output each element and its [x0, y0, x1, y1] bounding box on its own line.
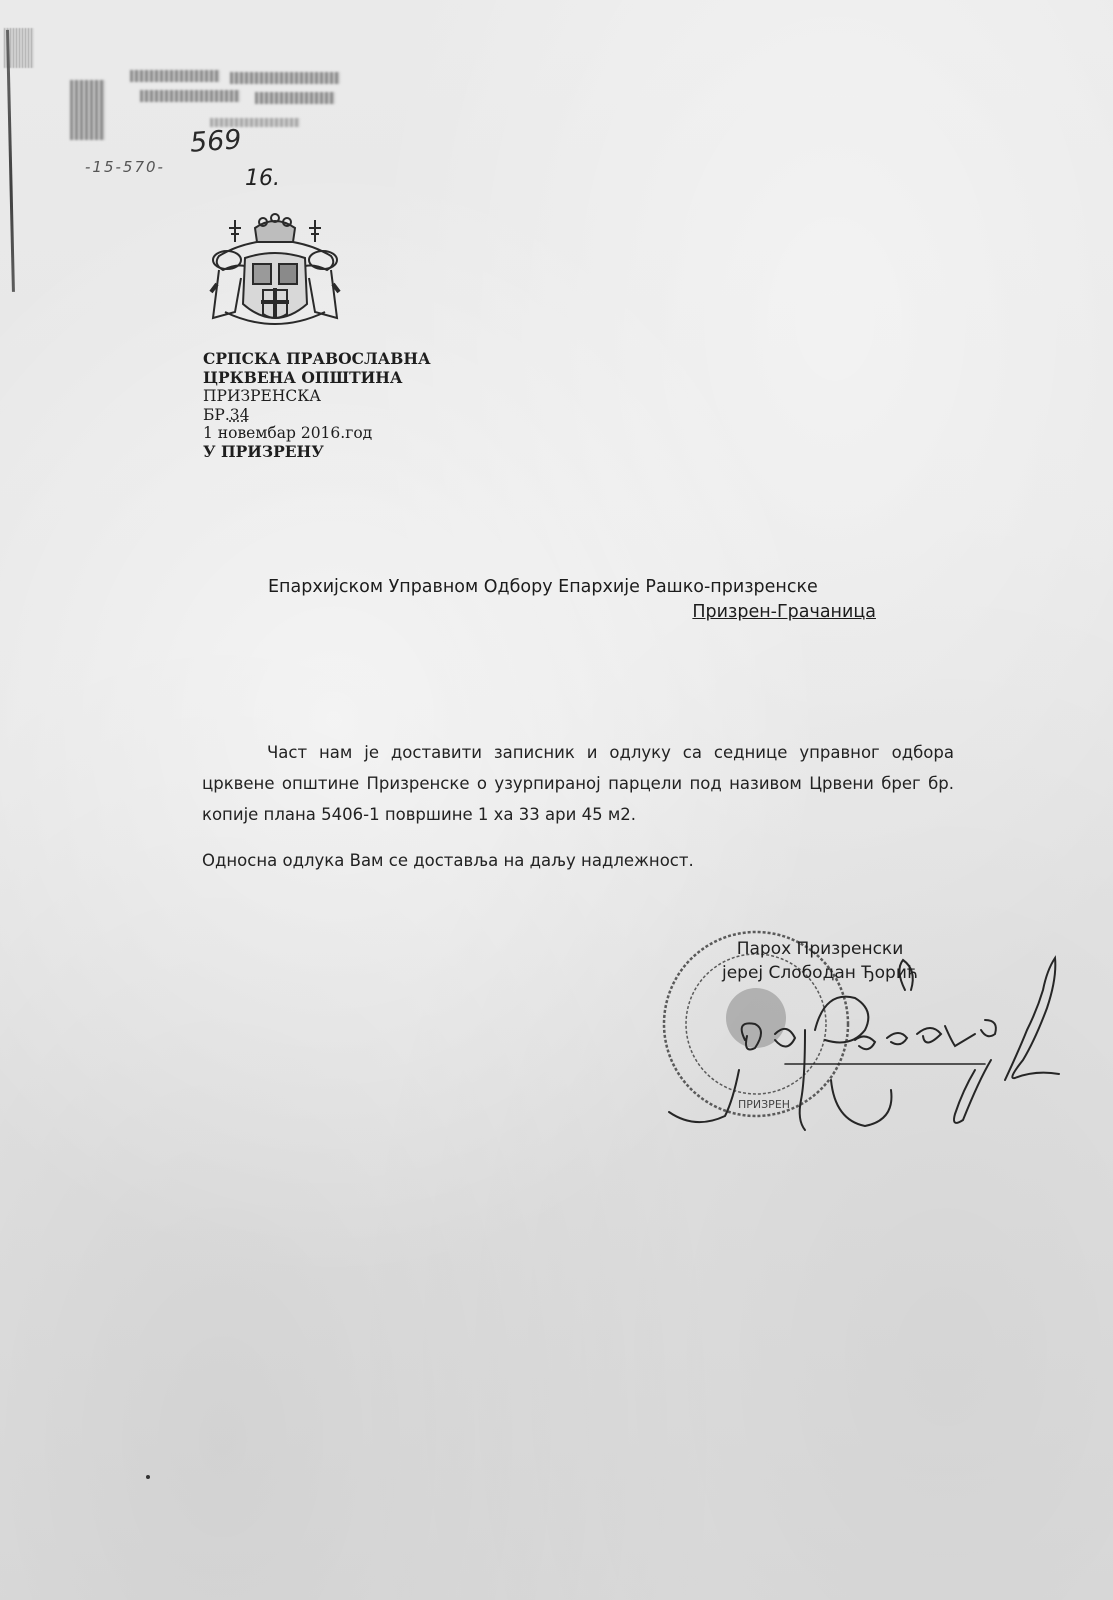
signature-block: Парох Призренски јереј Слободан Ђорић	[722, 937, 918, 985]
registry-day: 16.	[245, 166, 280, 191]
sender-line-2: ЦРКВЕНА ОПШТИНА	[203, 369, 431, 388]
document-date: 1 новембар 2016.год	[203, 424, 431, 443]
addressee-block: Епархијском Управном Одбору Епархије Раш…	[268, 577, 878, 622]
sender-block: СРПСКА ПРАВОСЛАВНА ЦРКВЕНА ОПШТИНА ПРИЗР…	[203, 350, 431, 461]
document-number: БР.34	[203, 406, 431, 425]
body-paragraph-1: Част нам је доставити записник и одлуку …	[202, 737, 954, 830]
registry-number: 569	[189, 124, 243, 159]
signer-title: Парох Призренски	[722, 937, 918, 961]
addressee-line-2: Призрен-Грачаница	[268, 602, 878, 622]
body-paragraph-2: Односна одлука Вам се доставља на даљу н…	[202, 845, 954, 876]
stamp-text-line	[130, 70, 220, 82]
document-number-label: БР.	[203, 406, 230, 424]
stamp-text-line	[70, 80, 105, 140]
sender-line-3: ПРИЗРЕНСКА	[203, 387, 431, 406]
registry-stamp: 569 -15-570- 16.	[70, 60, 370, 200]
stamp-text-line	[255, 92, 335, 104]
sender-line-1: СРПСКА ПРАВОСЛАВНА	[203, 350, 431, 369]
church-coat-of-arms-icon	[205, 208, 345, 340]
signer-name: јереј Слободан Ђорић	[722, 961, 918, 985]
stamp-text-line	[140, 90, 240, 102]
paper-speck	[146, 1475, 150, 1479]
letter-body: Част нам је доставити записник и одлуку …	[202, 737, 954, 876]
document-place: У ПРИЗРЕНУ	[203, 443, 431, 462]
document-number-value: 34	[230, 406, 250, 424]
registry-sub-number: -15-570-	[85, 158, 165, 176]
addressee-line-1: Епархијском Управном Одбору Епархије Раш…	[268, 577, 818, 597]
stamp-text-line	[230, 72, 340, 84]
